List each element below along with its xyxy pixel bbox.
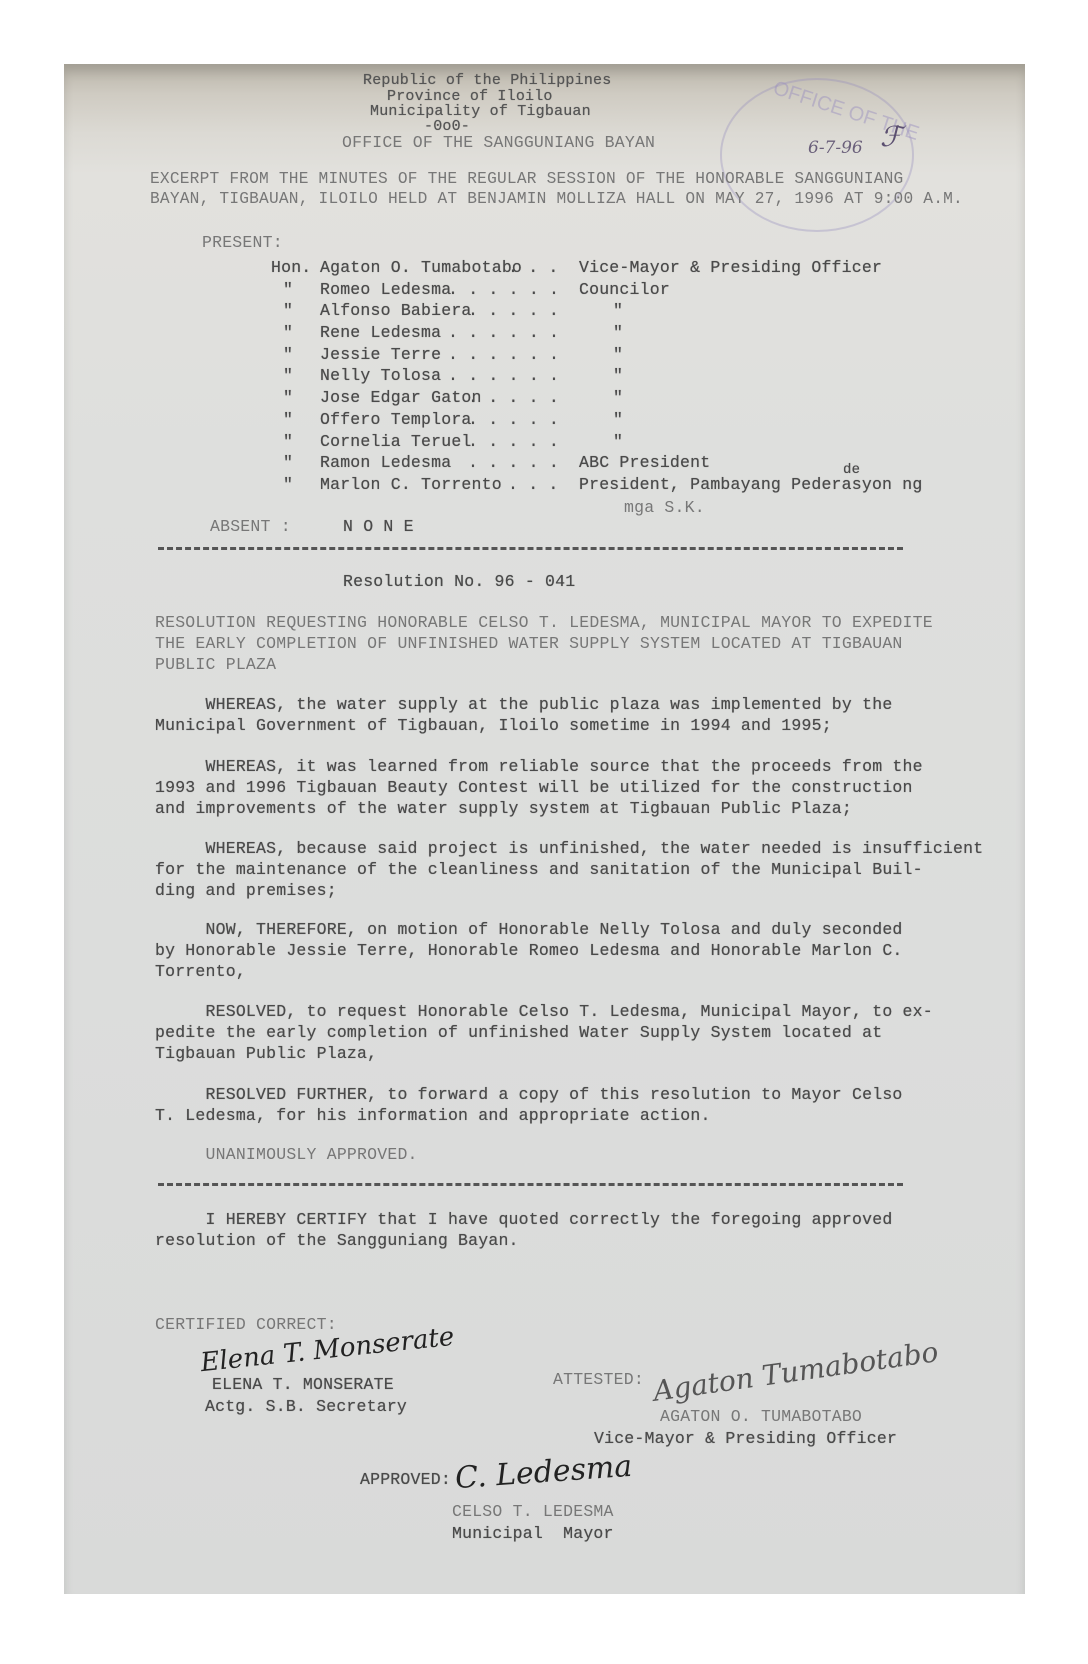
paragraph-line: pedite the early completion of unfinishe… xyxy=(155,1023,945,1044)
paragraph-line: ding and premises; xyxy=(155,881,945,902)
paragraph-line: I HEREBY CERTIFY that I have quoted corr… xyxy=(155,1210,945,1231)
ditto-mark: " xyxy=(283,410,293,429)
paragraph-line: WHEREAS, the water supply at the public … xyxy=(155,695,945,716)
excerpt-line-2: BAYAN, TIGBAUAN, ILOILO HELD AT BENJAMIN… xyxy=(150,190,963,208)
section-divider xyxy=(158,1183,903,1186)
member-name: Jose Edgar Gaton xyxy=(320,388,482,407)
resolved-paragraph: RESOLVED, to request Honorable Celso T. … xyxy=(155,1002,945,1065)
member-row: Hon. Agaton O. Tumabotabo . . . Vice-May… xyxy=(283,258,323,280)
stamp-handwritten-date: 6-7-96 xyxy=(808,138,863,158)
member-name: Rene Ledesma xyxy=(320,323,441,342)
approved-label: APPROVED: xyxy=(360,1470,451,1489)
leader-dots: . . . . . xyxy=(468,410,559,429)
ditto-mark: " xyxy=(283,388,293,407)
secretary-title: Actg. S.B. Secretary xyxy=(205,1397,407,1416)
member-name: Ramon Ledesma xyxy=(320,453,451,472)
unanimously-approved: UNANIMOUSLY APPROVED. xyxy=(155,1145,945,1166)
role-continuation: mga S.K. xyxy=(624,498,705,517)
ditto-mark: " xyxy=(283,366,293,385)
member-role: " xyxy=(613,301,623,320)
member-row: " Jose Edgar Gaton . . . . . " xyxy=(283,388,323,410)
member-name: Agaton O. Tumabotabo xyxy=(320,258,522,277)
paragraph-line: T. Ledesma, for his information and appr… xyxy=(155,1106,945,1127)
resolution-title-line-1: RESOLUTION REQUESTING HONORABLE CELSO T.… xyxy=(155,613,933,632)
member-name: Nelly Tolosa xyxy=(320,366,441,385)
whereas-paragraph-2: WHEREAS, it was learned from reliable so… xyxy=(155,757,945,820)
role-insertion: de xyxy=(843,462,860,478)
member-row: " Jessie Terre . . . . . . " xyxy=(283,345,323,367)
ditto-mark: " xyxy=(283,345,293,364)
resolved-further-paragraph: RESOLVED FURTHER, to forward a copy of t… xyxy=(155,1085,945,1127)
member-name: Alfonso Babiera xyxy=(320,301,472,320)
leader-dots: . . . . . . xyxy=(448,323,559,342)
member-role: " xyxy=(613,388,623,407)
leader-dots: . . . . . . xyxy=(448,280,559,299)
member-role: " xyxy=(613,410,623,429)
attendance-list: Hon. Agaton O. Tumabotabo . . . Vice-May… xyxy=(283,258,323,497)
member-row: " Cornelia Teruel . . . . . " xyxy=(283,432,323,454)
whereas-paragraph-3: WHEREAS, because said project is unfinis… xyxy=(155,839,945,902)
mayor-title: Municipal Mayor xyxy=(452,1524,614,1543)
secretary-name: ELENA T. MONSERATE xyxy=(212,1375,394,1394)
member-name: Jessie Terre xyxy=(320,345,441,364)
office-title: OFFICE OF THE SANGGUNIANG BAYAN xyxy=(342,133,655,152)
member-name: Offero Templora xyxy=(320,410,472,429)
leader-dots: . . . . . xyxy=(468,388,559,407)
ditto-mark: " xyxy=(283,475,293,494)
header-republic: Republic of the Philippines xyxy=(363,72,611,89)
member-role: ABC President xyxy=(579,453,710,472)
member-role: " xyxy=(613,345,623,364)
present-label: PRESENT: xyxy=(202,233,283,252)
member-role: " xyxy=(613,366,623,385)
ditto-mark: " xyxy=(283,453,293,472)
paragraph-line: Municipal Government of Tigbauan, Iloilo… xyxy=(155,716,945,737)
paragraph-line: UNANIMOUSLY APPROVED. xyxy=(155,1145,945,1166)
member-row: " Offero Templora . . . . . " xyxy=(283,410,323,432)
mayor-name: CELSO T. LEDESMA xyxy=(452,1502,614,1521)
vice-mayor-title: Vice-Mayor & Presiding Officer xyxy=(594,1429,897,1448)
ditto-mark: " xyxy=(283,280,293,299)
header-municipality: Municipality of Tigbauan xyxy=(370,103,591,120)
member-row: " Alfonso Babiera . . . . . " xyxy=(283,301,323,323)
paragraph-line: by Honorable Jessie Terre, Honorable Rom… xyxy=(155,941,945,962)
honorific: Hon. xyxy=(271,258,311,277)
resolution-title-line-2: THE EARLY COMPLETION OF UNFINISHED WATER… xyxy=(155,634,903,653)
ditto-mark: " xyxy=(283,432,293,451)
paragraph-line: WHEREAS, because said project is unfinis… xyxy=(155,839,945,860)
paragraph-line: RESOLVED, to request Honorable Celso T. … xyxy=(155,1002,945,1023)
paragraph-line: 1993 and 1996 Tigbauan Beauty Contest wi… xyxy=(155,778,945,799)
handwritten-initial: ℱ xyxy=(880,120,902,153)
member-role: " xyxy=(613,323,623,342)
leader-dots: . . . xyxy=(508,258,559,277)
member-role: Vice-Mayor & Presiding Officer xyxy=(579,258,882,277)
excerpt-line-1: EXCERPT FROM THE MINUTES OF THE REGULAR … xyxy=(150,170,903,188)
paragraph-line: Torrento, xyxy=(155,962,945,983)
leader-dots: . . . . . xyxy=(468,301,559,320)
paragraph-line: for the maintenance of the cleanliness a… xyxy=(155,860,945,881)
member-name: Cornelia Teruel xyxy=(320,432,472,451)
paragraph-line: and improvements of the water supply sys… xyxy=(155,799,945,820)
member-role: President, Pambayang Pederasyon ng xyxy=(579,475,922,494)
paragraph-line: WHEREAS, it was learned from reliable so… xyxy=(155,757,945,778)
certification-paragraph: I HEREBY CERTIFY that I have quoted corr… xyxy=(155,1210,945,1252)
paragraph-line: resolution of the Sangguniang Bayan. xyxy=(155,1231,945,1252)
ditto-mark: " xyxy=(283,301,293,320)
member-row: " Nelly Tolosa . . . . . . " xyxy=(283,366,323,388)
leader-dots: . . . . . . xyxy=(448,345,559,364)
whereas-paragraph-1: WHEREAS, the water supply at the public … xyxy=(155,695,945,737)
leader-dots: . . . . . xyxy=(468,432,559,451)
member-row: " Rene Ledesma . . . . . . " xyxy=(283,323,323,345)
leader-dots: . . . xyxy=(508,475,559,494)
member-row: " Marlon C. Torrento . . . President, Pa… xyxy=(283,475,323,497)
member-row: " Ramon Ledesma . . . . . ABC President xyxy=(283,453,323,475)
now-therefore-paragraph: NOW, THEREFORE, on motion of Honorable N… xyxy=(155,920,945,983)
absent-value: N O N E xyxy=(343,517,414,536)
paragraph-line: RESOLVED FURTHER, to forward a copy of t… xyxy=(155,1085,945,1106)
resolution-title-line-3: PUBLIC PLAZA xyxy=(155,655,276,674)
resolution-number: Resolution No. 96 - 041 xyxy=(343,572,575,591)
section-divider xyxy=(158,547,903,550)
absent-label: ABSENT : xyxy=(210,517,291,536)
member-row: " Romeo Ledesma . . . . . . Councilor xyxy=(283,280,323,302)
leader-dots: . . . . . . xyxy=(448,366,559,385)
certified-correct-label: CERTIFIED CORRECT: xyxy=(155,1315,337,1334)
member-name: Romeo Ledesma xyxy=(320,280,451,299)
ditto-mark: " xyxy=(283,323,293,342)
leader-dots: . . . . . xyxy=(468,453,559,472)
paragraph-line: NOW, THEREFORE, on motion of Honorable N… xyxy=(155,920,945,941)
vice-mayor-name: AGATON O. TUMABOTABO xyxy=(660,1407,862,1426)
member-role: " xyxy=(613,432,623,451)
paragraph-line: Tigbauan Public Plaza, xyxy=(155,1044,945,1065)
member-name: Marlon C. Torrento xyxy=(320,475,502,494)
member-role: Councilor xyxy=(579,280,670,299)
attested-label: ATTESTED: xyxy=(553,1370,644,1389)
